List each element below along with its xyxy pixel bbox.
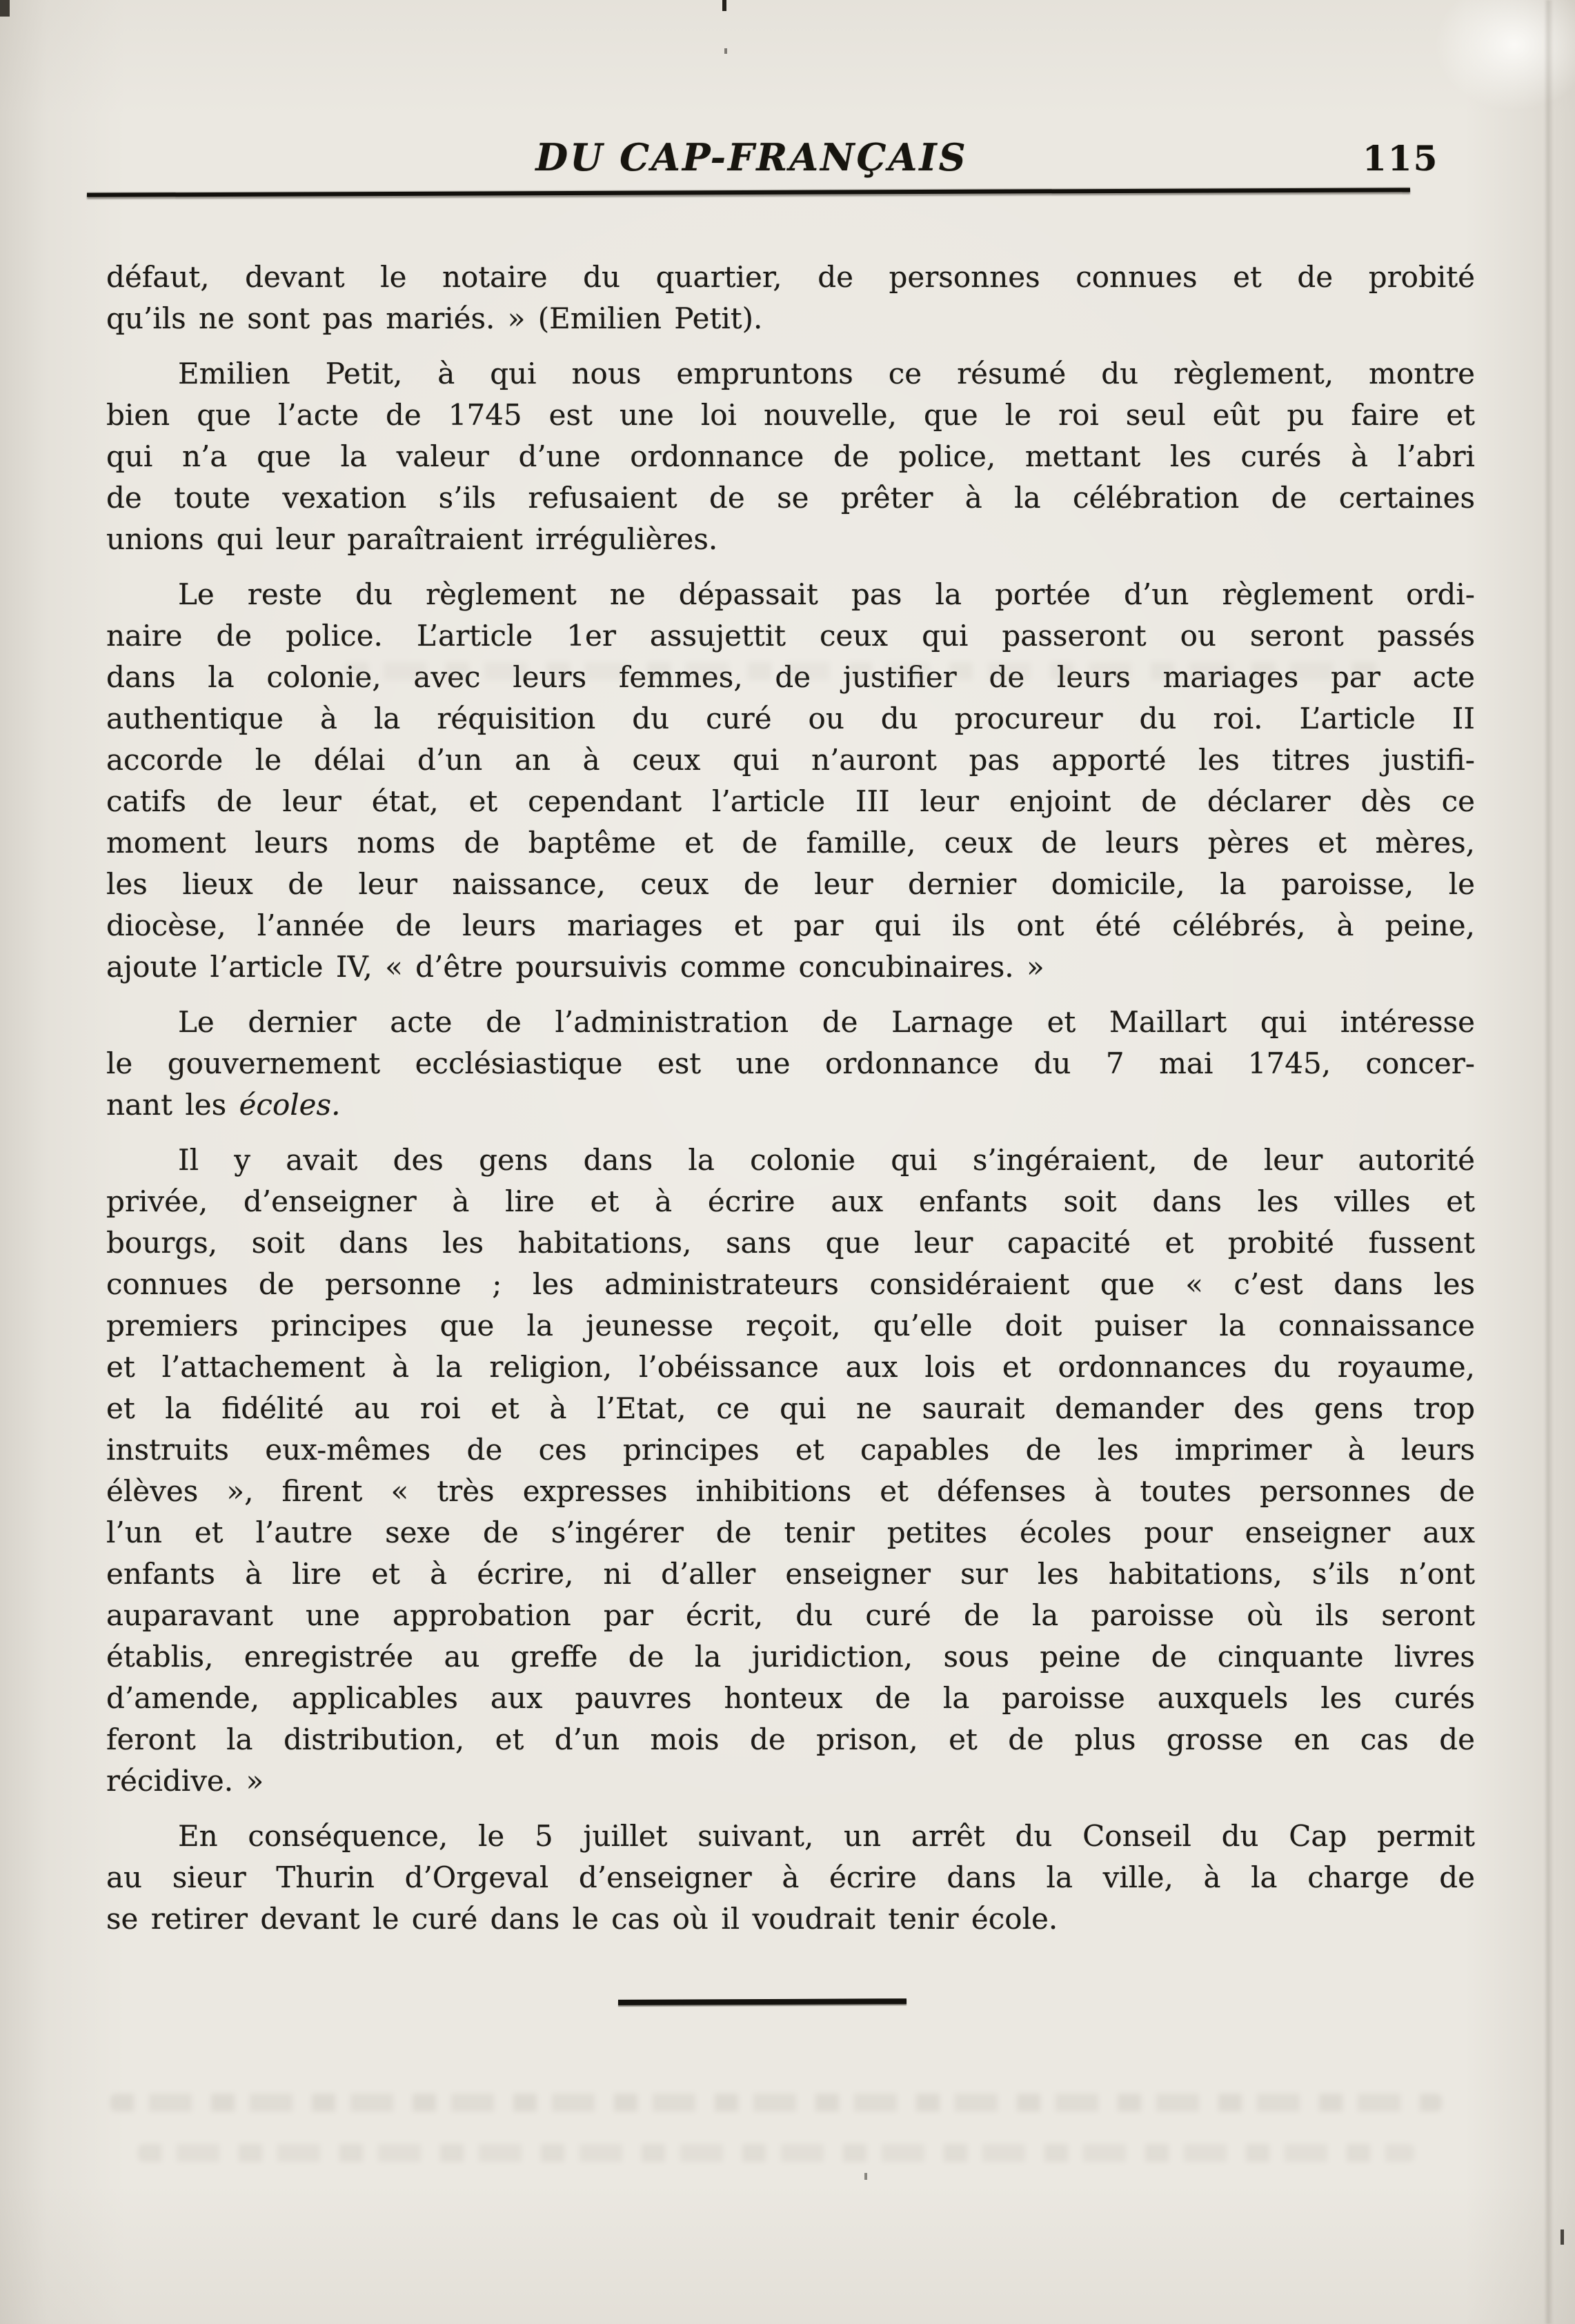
text-line: récidive. » xyxy=(106,1760,1475,1802)
text-line: Emilien Petit, à qui nous empruntons ce … xyxy=(106,353,1475,395)
text-line: authentique à la réquisition du curé ou … xyxy=(106,698,1475,739)
text-line: Il y avait des gens dans la colonie qui … xyxy=(106,1140,1475,1181)
text-line: dans la colonie, avec leurs femmes, de j… xyxy=(106,657,1475,698)
body-text-block: défaut, devant le notaire du quartier, d… xyxy=(106,257,1475,1940)
italic-text: écoles. xyxy=(239,1088,341,1122)
text-line: et l’attachement à la religion, l’obéiss… xyxy=(106,1347,1475,1388)
bleedthrough-artifact xyxy=(110,2094,1442,2112)
paragraph: En conséquence, le 5 juillet suivant, un… xyxy=(106,1816,1475,1940)
text-line: Le reste du règlement ne dépassait pas l… xyxy=(106,574,1475,615)
bleedthrough-artifact xyxy=(138,2144,1414,2162)
text-line: ajoute l’article IV, « d’être poursuivis… xyxy=(106,946,1475,988)
text-line: feront la distribution, et d’un mois de … xyxy=(106,1719,1475,1760)
running-header-title: DU CAP-FRANÇAIS xyxy=(0,135,1539,179)
text-line: et la fidélité au roi et à l’Etat, ce qu… xyxy=(106,1388,1475,1429)
text-line: défaut, devant le notaire du quartier, d… xyxy=(106,257,1475,298)
text-line: premiers principes que la jeunesse reçoi… xyxy=(106,1305,1475,1347)
paragraph: Emilien Petit, à qui nous empruntons ce … xyxy=(106,353,1475,560)
section-end-divider xyxy=(618,1998,907,2005)
text-line: accorde le délai d’un an à ceux qui n’au… xyxy=(106,739,1475,781)
text-line: bien que l’acte de 1745 est une loi nouv… xyxy=(106,395,1475,436)
text-line: unions qui leur paraîtraient irrégulière… xyxy=(106,519,1475,560)
header-rule xyxy=(87,188,1410,197)
text-line: diocèse, l’année de leurs mariages et pa… xyxy=(106,905,1475,946)
paragraph: Le reste du règlement ne dépassait pas l… xyxy=(106,574,1475,988)
text-line: nant les écoles. xyxy=(106,1084,1475,1126)
page-crease xyxy=(1544,0,1554,2324)
text-line: connues de personne ; les administrateur… xyxy=(106,1264,1475,1305)
text-line: Le dernier acte de l’administration de L… xyxy=(106,1002,1475,1043)
paragraph: défaut, devant le notaire du quartier, d… xyxy=(106,257,1475,339)
text-line: au sieur Thurin d’Orgeval d’enseigner à … xyxy=(106,1857,1475,1898)
scan-speck xyxy=(724,48,727,54)
text-line: En conséquence, le 5 juillet suivant, un… xyxy=(106,1816,1475,1857)
text-line: auparavant une approbation par écrit, du… xyxy=(106,1595,1475,1636)
text-line: bourgs, soit dans les habitations, sans … xyxy=(106,1222,1475,1264)
scan-speck xyxy=(722,0,726,11)
text-line: enfants à lire et à écrire, ni d’aller e… xyxy=(106,1553,1475,1595)
scan-speck xyxy=(1561,2229,1564,2245)
text-line: moment leurs noms de baptême et de famil… xyxy=(106,822,1475,864)
text-line: l’un et l’autre sexe de s’ingérer de ten… xyxy=(106,1512,1475,1553)
text-line: qui n’a que la valeur d’une ordonnance d… xyxy=(106,436,1475,477)
scanned-book-page: DU CAP-FRANÇAIS 115 défaut, devant le no… xyxy=(0,0,1575,2324)
text-line: catifs de leur état, et cependant l’arti… xyxy=(106,781,1475,822)
page-number: 115 xyxy=(1363,138,1452,179)
text-line: de toute vexation s’ils refusaient de se… xyxy=(106,477,1475,519)
text-line: élèves », firent « très expresses inhibi… xyxy=(106,1471,1475,1512)
text-line: naire de police. L’article 1er assujetti… xyxy=(106,615,1475,657)
text-line: établis, enregistrée au greffe de la jur… xyxy=(106,1636,1475,1678)
text-line: instruits eux-mêmes de ces principes et … xyxy=(106,1429,1475,1471)
text-line: qu’ils ne sont pas mariés. » (Emilien Pe… xyxy=(106,298,1475,339)
text-line: se retirer devant le curé dans le cas où… xyxy=(106,1898,1475,1940)
paragraph: Il y avait des gens dans la colonie qui … xyxy=(106,1140,1475,1802)
text-line: privée, d’enseigner à lire et à écrire a… xyxy=(106,1181,1475,1222)
scan-speck xyxy=(0,0,10,17)
text-line: les lieux de leur naissance, ceux de leu… xyxy=(106,864,1475,905)
text-line: d’amende, applicables aux pauvres honteu… xyxy=(106,1678,1475,1719)
page-corner-highlight xyxy=(1435,0,1575,110)
text-line: le gouvernement ecclésiastique est une o… xyxy=(106,1043,1475,1084)
scan-speck xyxy=(864,2173,867,2180)
paragraph: Le dernier acte de l’administration de L… xyxy=(106,1002,1475,1126)
